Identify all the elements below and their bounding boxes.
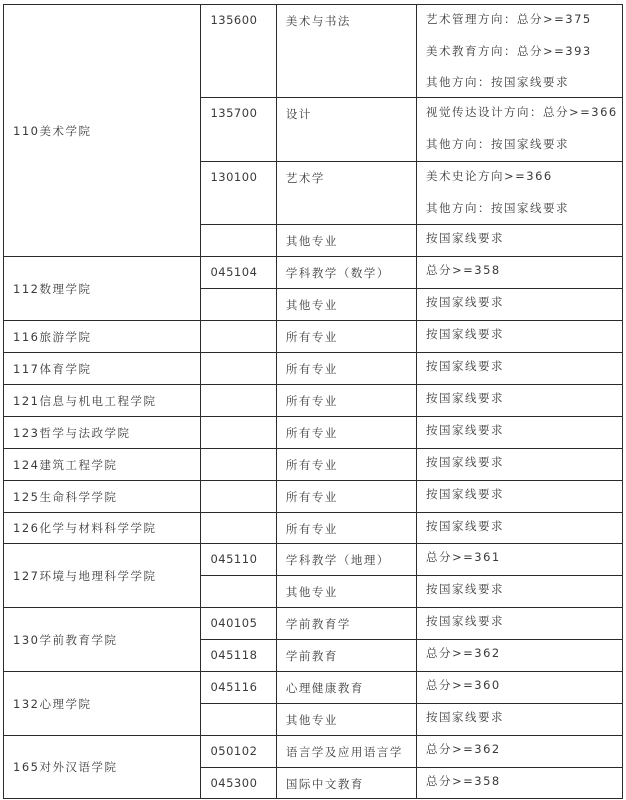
table-row: 130学前教育学院040105学前教育学按国家线要求	[4, 608, 623, 640]
major-name-cell: 学前教育学	[276, 608, 416, 640]
major-name-cell: 其他专业	[276, 704, 416, 736]
major-code-cell: 045104	[201, 257, 276, 289]
major-name-cell: 美术与书法	[276, 5, 416, 98]
requirement-line: 按国家线要求	[426, 709, 622, 733]
score-requirement-cell: 按国家线要求	[417, 353, 623, 385]
requirement-line: 总分>=358	[426, 773, 622, 797]
table-row: 132心理学院045116心理健康教育总分>=360	[4, 672, 623, 704]
table-row: 110美术学院135600美术与书法艺术管理方向：总分>=375美术教育方向：总…	[4, 5, 623, 98]
score-requirement-cell: 视觉传达设计方向：总分>=366其他方向：按国家线要求	[417, 98, 623, 162]
college-cell: 116旅游学院	[4, 321, 201, 353]
requirement-line: 总分>=362	[426, 645, 622, 669]
major-name-cell: 心理健康教育	[276, 672, 416, 704]
college-cell: 125生命科学学院	[4, 481, 201, 513]
major-code-cell: 135700	[201, 98, 276, 162]
major-code-cell	[201, 321, 276, 353]
table-row: 124建筑工程学院所有专业按国家线要求	[4, 449, 623, 481]
table-row: 117体育学院所有专业按国家线要求	[4, 353, 623, 385]
major-name-cell: 所有专业	[276, 321, 416, 353]
college-cell: 126化学与材料科学学院	[4, 513, 201, 544]
major-name-cell: 其他专业	[276, 225, 416, 257]
major-code-cell: 045118	[201, 640, 276, 672]
score-requirement-cell: 按国家线要求	[417, 513, 623, 544]
score-requirement-cell: 总分>=362	[417, 640, 623, 672]
requirement-line: 按国家线要求	[426, 454, 622, 478]
major-code-cell	[201, 481, 276, 513]
score-requirement-cell: 美术史论方向>=366其他方向：按国家线要求	[417, 162, 623, 225]
major-code-cell: 045300	[201, 768, 276, 799]
major-code-cell: 040105	[201, 608, 276, 640]
major-name-cell: 艺术学	[276, 162, 416, 225]
score-requirement-cell: 按国家线要求	[417, 289, 623, 321]
score-requirement-cell: 总分>=362	[417, 736, 623, 768]
score-requirement-cell: 艺术管理方向：总分>=375美术教育方向：总分>=393其他方向：按国家线要求	[417, 5, 623, 98]
table-row: 121信息与机电工程学院所有专业按国家线要求	[4, 385, 623, 417]
score-requirement-cell: 总分>=360	[417, 672, 623, 704]
score-requirement-cell: 按国家线要求	[417, 704, 623, 736]
major-code-cell	[201, 513, 276, 544]
score-requirement-cell: 按国家线要求	[417, 225, 623, 257]
admission-score-table: 110美术学院135600美术与书法艺术管理方向：总分>=375美术教育方向：总…	[3, 4, 623, 799]
table-row: 127环境与地理科学学院045110学科教学（地理）总分>=361	[4, 544, 623, 576]
score-requirement-cell: 按国家线要求	[417, 321, 623, 353]
major-name-cell: 所有专业	[276, 481, 416, 513]
requirement-line: 其他方向：按国家线要求	[426, 73, 622, 91]
score-requirement-cell: 按国家线要求	[417, 417, 623, 449]
major-name-cell: 所有专业	[276, 513, 416, 544]
score-requirement-cell: 按国家线要求	[417, 576, 623, 608]
major-name-cell: 学科教学（地理）	[276, 544, 416, 576]
requirement-line: 按国家线要求	[426, 422, 622, 446]
college-cell: 132心理学院	[4, 672, 201, 736]
table-row: 112数理学院045104学科教学（数学）总分>=358	[4, 257, 623, 289]
score-requirement-cell: 按国家线要求	[417, 608, 623, 640]
table-row: 123哲学与法政学院所有专业按国家线要求	[4, 417, 623, 449]
major-name-cell: 国际中文教育	[276, 768, 416, 799]
college-cell: 121信息与机电工程学院	[4, 385, 201, 417]
requirement-line: 按国家线要求	[426, 486, 622, 510]
college-cell: 165对外汉语学院	[4, 736, 201, 799]
requirement-line: 总分>=361	[426, 549, 622, 573]
major-name-cell: 学科教学（数学）	[276, 257, 416, 289]
major-name-cell: 其他专业	[276, 576, 416, 608]
major-name-cell: 设计	[276, 98, 416, 162]
requirement-line: 总分>=360	[426, 677, 622, 701]
score-requirement-cell: 按国家线要求	[417, 449, 623, 481]
college-cell: 123哲学与法政学院	[4, 417, 201, 449]
major-code-cell	[201, 449, 276, 481]
requirement-line: 按国家线要求	[426, 294, 622, 318]
major-code-cell	[201, 385, 276, 417]
college-cell: 127环境与地理科学学院	[4, 544, 201, 608]
major-code-cell	[201, 704, 276, 736]
major-code-cell: 050102	[201, 736, 276, 768]
requirement-line: 总分>=362	[426, 741, 622, 765]
score-requirement-cell: 总分>=358	[417, 768, 623, 799]
requirement-line: 总分>=358	[426, 262, 622, 286]
major-code-cell: 135600	[201, 5, 276, 98]
major-code-cell	[201, 417, 276, 449]
requirement-line: 其他方向：按国家线要求	[426, 135, 622, 153]
college-cell: 124建筑工程学院	[4, 449, 201, 481]
table-row: 116旅游学院所有专业按国家线要求	[4, 321, 623, 353]
table-body: 110美术学院135600美术与书法艺术管理方向：总分>=375美术教育方向：总…	[4, 5, 623, 799]
major-code-cell	[201, 289, 276, 321]
score-requirement-cell: 按国家线要求	[417, 385, 623, 417]
major-code-cell	[201, 225, 276, 257]
table-row: 165对外汉语学院050102语言学及应用语言学总分>=362	[4, 736, 623, 768]
college-cell: 110美术学院	[4, 5, 201, 257]
major-code-cell	[201, 576, 276, 608]
table-row: 126化学与材料科学学院所有专业按国家线要求	[4, 513, 623, 544]
major-name-cell: 所有专业	[276, 417, 416, 449]
major-name-cell: 其他专业	[276, 289, 416, 321]
requirement-line: 美术教育方向：总分>=393	[426, 42, 622, 74]
major-name-cell: 学前教育	[276, 640, 416, 672]
major-name-cell: 所有专业	[276, 449, 416, 481]
requirement-line: 其他方向：按国家线要求	[426, 199, 622, 217]
requirement-line: 美术史论方向>=366	[426, 167, 622, 199]
requirement-line: 艺术管理方向：总分>=375	[426, 10, 622, 42]
requirement-line: 按国家线要求	[426, 230, 622, 254]
requirement-line: 视觉传达设计方向：总分>=366	[426, 103, 622, 135]
major-code-cell: 045116	[201, 672, 276, 704]
requirement-line: 按国家线要求	[426, 581, 622, 605]
college-cell: 117体育学院	[4, 353, 201, 385]
major-name-cell: 语言学及应用语言学	[276, 736, 416, 768]
requirement-line: 按国家线要求	[426, 518, 622, 542]
requirement-line: 按国家线要求	[426, 358, 622, 382]
score-requirement-cell: 总分>=361	[417, 544, 623, 576]
table-row: 125生命科学学院所有专业按国家线要求	[4, 481, 623, 513]
major-code-cell: 130100	[201, 162, 276, 225]
major-name-cell: 所有专业	[276, 385, 416, 417]
major-name-cell: 所有专业	[276, 353, 416, 385]
score-requirement-cell: 总分>=358	[417, 257, 623, 289]
college-cell: 112数理学院	[4, 257, 201, 321]
requirement-line: 按国家线要求	[426, 390, 622, 414]
requirement-line: 按国家线要求	[426, 326, 622, 350]
requirement-line: 按国家线要求	[426, 613, 622, 637]
score-requirement-cell: 按国家线要求	[417, 481, 623, 513]
major-code-cell	[201, 353, 276, 385]
college-cell: 130学前教育学院	[4, 608, 201, 672]
major-code-cell: 045110	[201, 544, 276, 576]
